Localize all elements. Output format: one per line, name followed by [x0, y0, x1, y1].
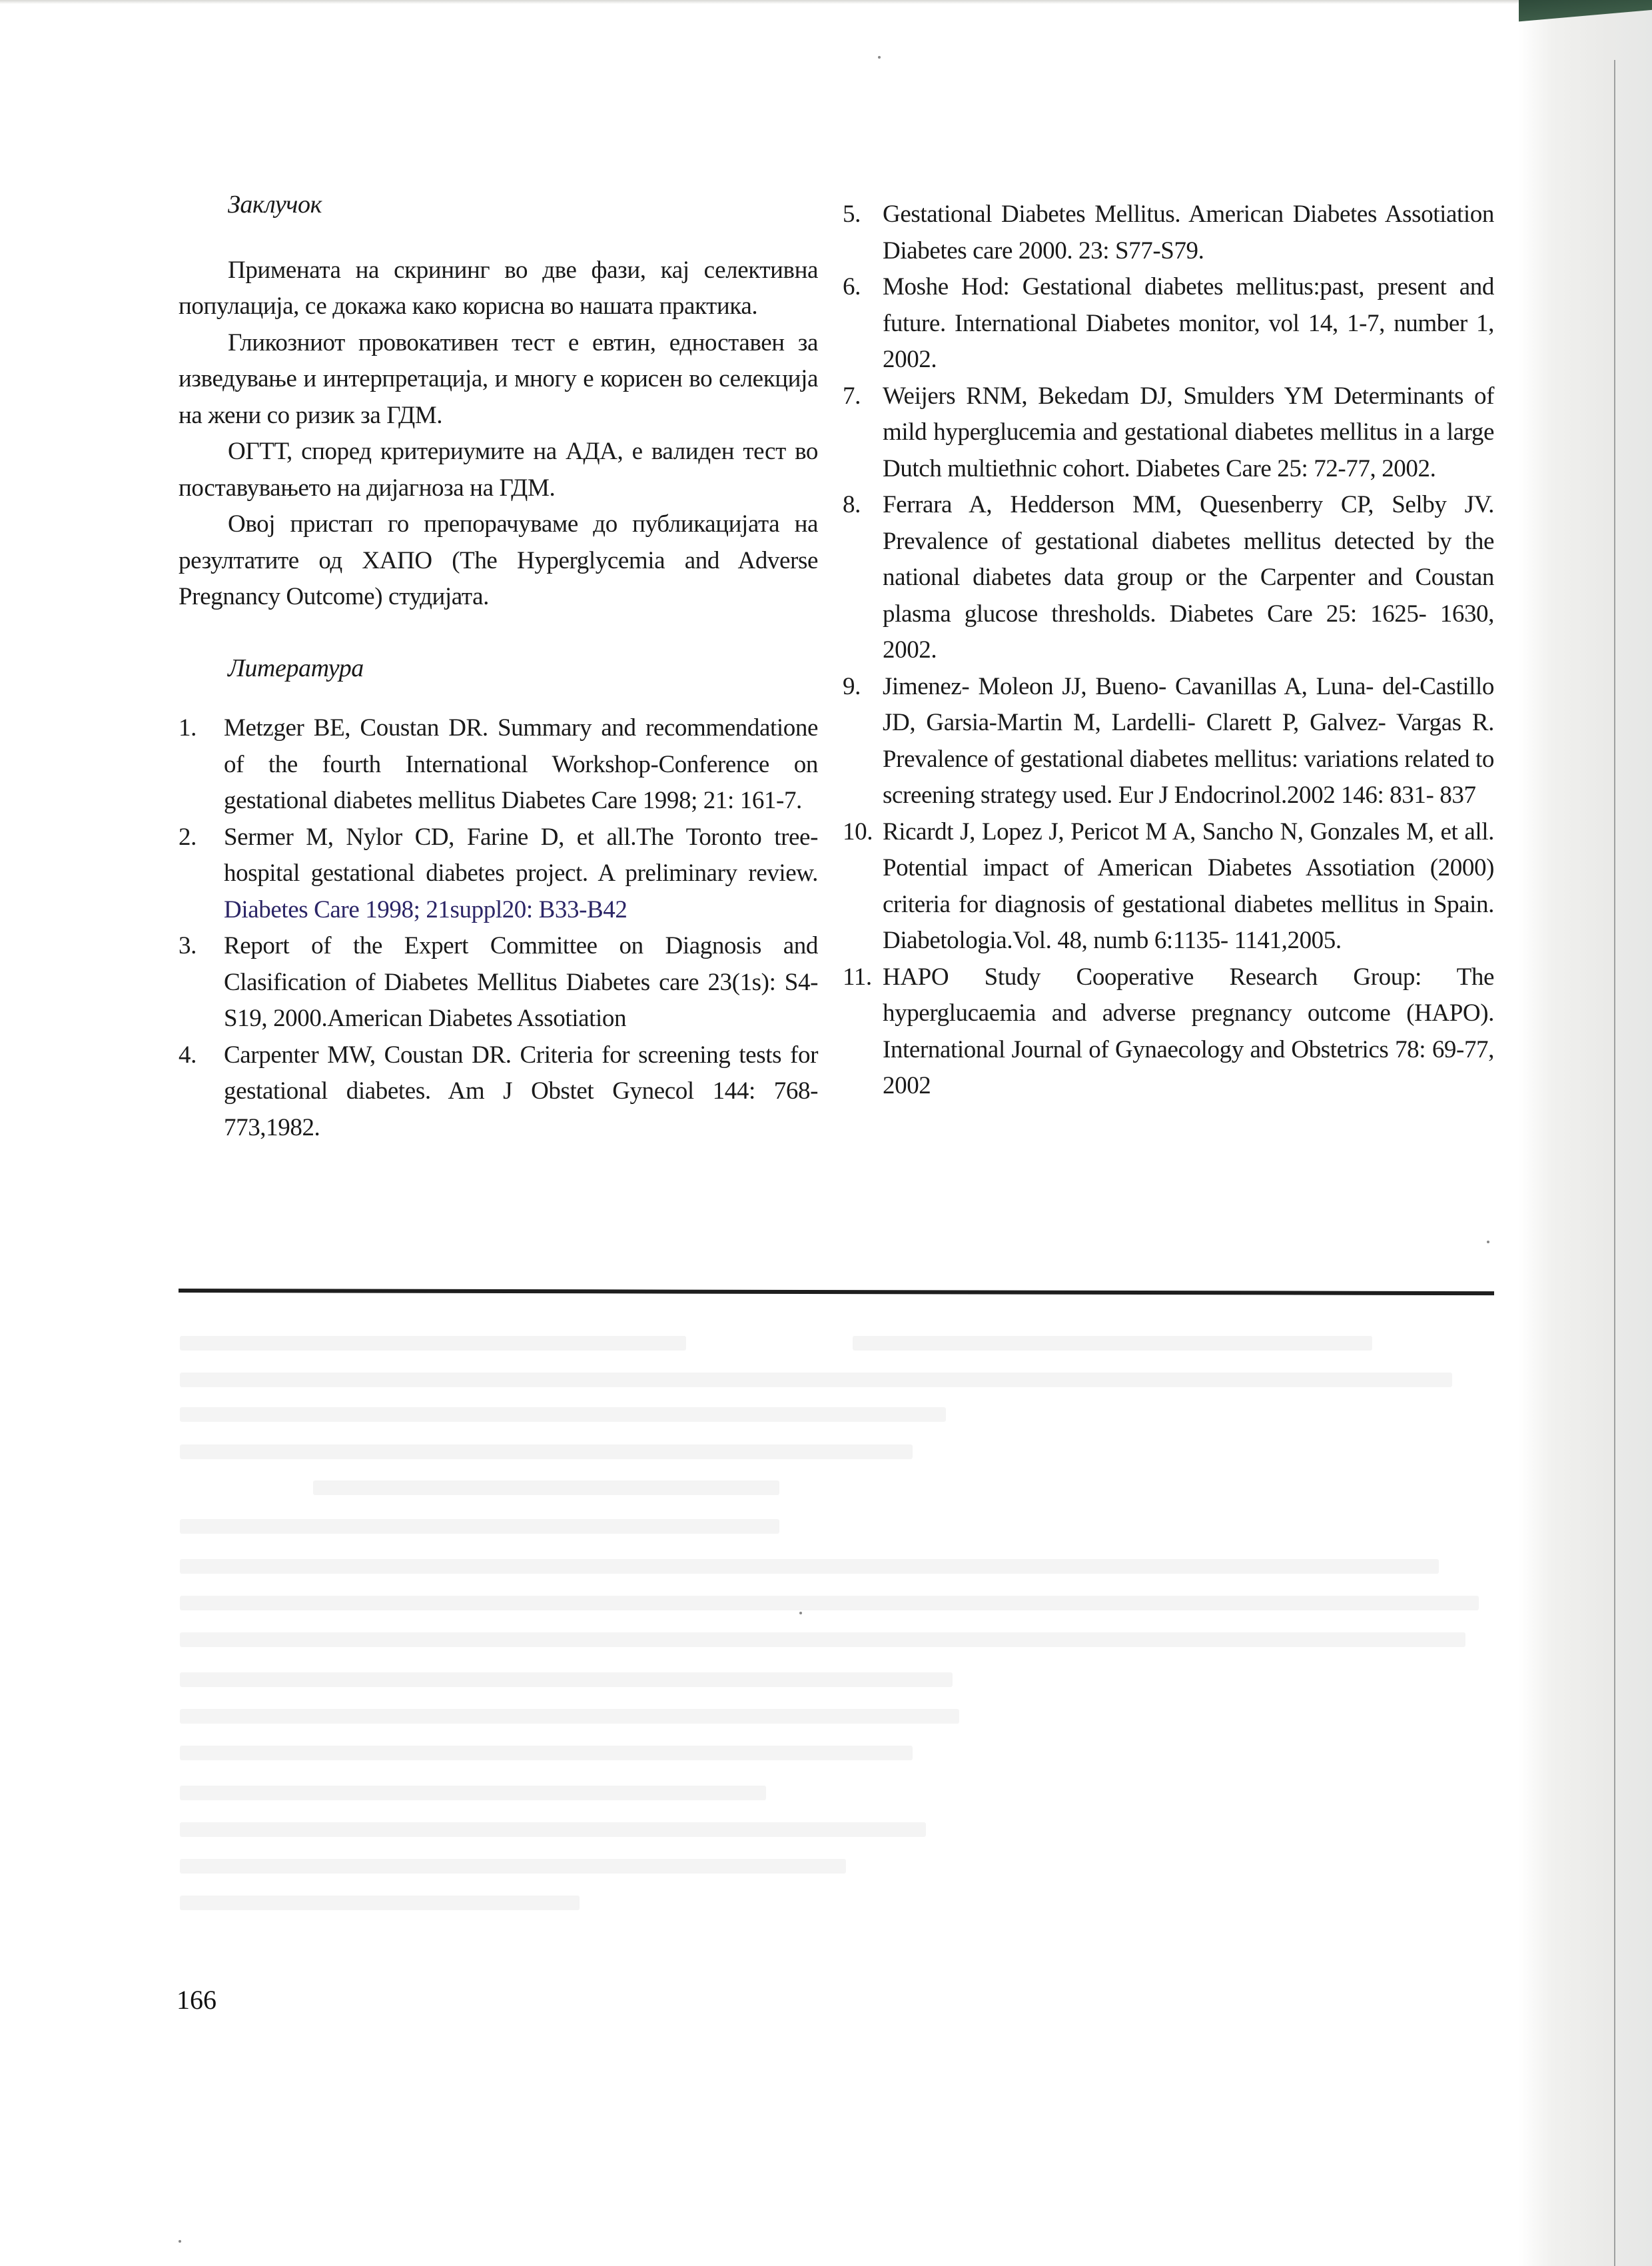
page-fold-line: [1614, 60, 1615, 2266]
reference-text: Ferrara A, Hedderson MM, Quesenberry CP,…: [883, 491, 1494, 664]
reference-number: 9.: [843, 669, 883, 706]
reference-number: 11.: [843, 959, 883, 996]
conclusion-paragraph: ОГТТ, според критериумите на АДА, е вали…: [179, 434, 818, 506]
reference-text: Jimenez- Moleon JJ, Bueno- Cavanillas A,…: [883, 673, 1494, 810]
reference-number: 2.: [179, 820, 218, 856]
reference-text: Gestational Diabetes Mellitus. American …: [883, 201, 1494, 265]
book-cover-corner: [1519, 0, 1652, 24]
conclusion-heading: Заклучок: [179, 187, 818, 223]
reference-number: 1.: [179, 710, 218, 747]
reference-item: 10. Ricardt J, Lopez J, Pericot M A, San…: [843, 814, 1494, 959]
reference-item: 1. Metzger BE, Coustan DR. Summary and r…: [179, 710, 818, 820]
page-number: 166: [177, 1984, 216, 2015]
reference-item: 5. Gestational Diabetes Mellitus. Americ…: [843, 197, 1494, 269]
conclusion-paragraph: Овој пристап го препорачуваме до публика…: [179, 506, 818, 616]
reference-text: HAPO Study Cooperative Research Group: T…: [883, 963, 1494, 1100]
conclusion-paragraph: Гликозниот провокативен тест е евтин, ед…: [179, 325, 818, 434]
page-fold-shadow: [1519, 0, 1652, 2266]
scan-top-edge: [0, 0, 1652, 4]
reference-item: 2. Sermer M, Nylor CD, Farine D, et all.…: [179, 820, 818, 929]
reference-item: 9. Jimenez- Moleon JJ, Bueno- Cavanillas…: [843, 669, 1494, 814]
scan-speck: [179, 2240, 181, 2243]
reference-item: 8. Ferrara A, Hedderson MM, Quesenberry …: [843, 487, 1494, 669]
reference-text-tinted: Diabetes Care 1998; 21suppl20: B33-B42: [224, 896, 627, 923]
reference-number: 7.: [843, 378, 883, 415]
reference-number: 10.: [843, 814, 883, 851]
right-column: 5. Gestational Diabetes Mellitus. Americ…: [843, 197, 1494, 1105]
reference-text: Sermer M, Nylor CD, Farine D, et all.The…: [224, 824, 818, 887]
reference-item: 11. HAPO Study Cooperative Research Grou…: [843, 959, 1494, 1105]
left-column: Заклучок Примената на скрининг во две фа…: [179, 187, 818, 1146]
scan-speck: [799, 1612, 802, 1614]
reference-text: Moshe Hod: Gestational diabetes mellitus…: [883, 273, 1494, 373]
section-divider-rule: [179, 1289, 1494, 1295]
reference-item: 4. Carpenter MW, Coustan DR. Criteria fo…: [179, 1037, 818, 1147]
reference-text: Weijers RNM, Bekedam DJ, Smulders YM Det…: [883, 382, 1494, 482]
reference-number: 5.: [843, 197, 883, 233]
reference-text: Carpenter MW, Coustan DR. Criteria for s…: [224, 1041, 818, 1141]
reference-number: 8.: [843, 487, 883, 524]
conclusion-body: Примената на скрининг во две фази, кај с…: [179, 253, 818, 616]
reference-number: 3.: [179, 928, 218, 965]
conclusion-paragraph: Примената на скрининг во две фази, кај с…: [179, 253, 818, 325]
reference-text: Ricardt J, Lopez J, Pericot M A, Sancho …: [883, 818, 1494, 955]
reference-text: Report of the Expert Committee on Diagno…: [224, 932, 818, 1032]
reference-number: 6.: [843, 269, 883, 306]
reference-text: Metzger BE, Coustan DR. Summary and reco…: [224, 714, 818, 814]
reference-item: 7. Weijers RNM, Bekedam DJ, Smulders YM …: [843, 378, 1494, 488]
scan-speck: [1487, 1241, 1489, 1243]
scan-speck: [878, 56, 881, 59]
reference-item: 3. Report of the Expert Committee on Dia…: [179, 928, 818, 1037]
reference-item: 6. Moshe Hod: Gestational diabetes melli…: [843, 269, 1494, 378]
references-heading: Литература: [179, 650, 818, 687]
reference-list: 1. Metzger BE, Coustan DR. Summary and r…: [179, 710, 818, 1146]
reference-number: 4.: [179, 1037, 218, 1074]
reference-list-continued: 5. Gestational Diabetes Mellitus. Americ…: [843, 197, 1494, 1105]
